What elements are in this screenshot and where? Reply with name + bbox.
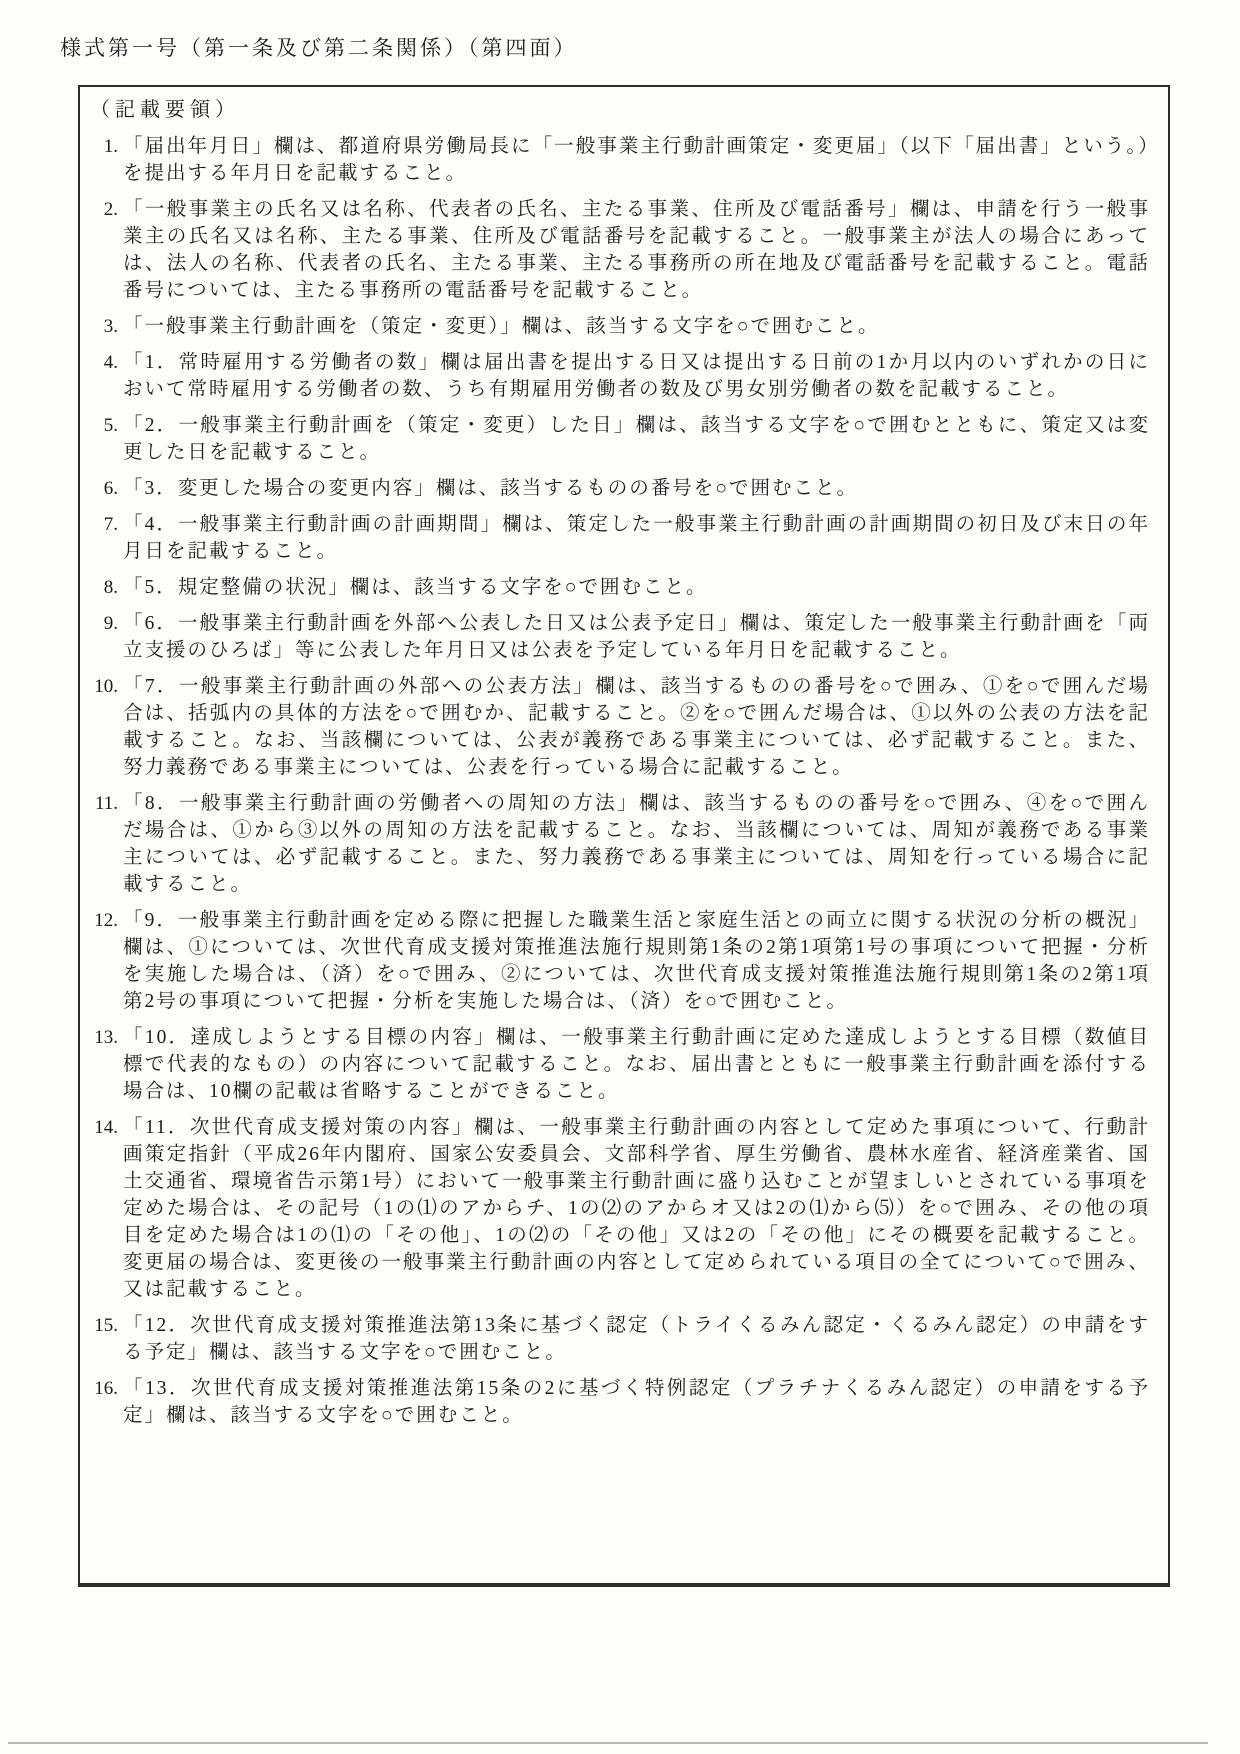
instruction-number: 16.: [88, 1375, 118, 1402]
instruction-item-2: 2. 「一般事業主の氏名又は名称、代表者の氏名、主たる事業、住所及び電話番号」欄…: [88, 196, 1150, 304]
instruction-number: 11.: [88, 790, 118, 817]
instruction-text: 「1．常時雇用する労働者の数」欄は届出書を提出する日又は提出する日前の1か月以内…: [123, 349, 1150, 403]
instruction-number: 10.: [88, 673, 118, 700]
instruction-text: 「7．一般事業主行動計画の外部への公表方法」欄は、該当するものの番号を○で囲み、…: [123, 673, 1150, 781]
instruction-text: 「一般事業主行動計画を（策定・変更）」欄は、該当する文字を○で囲むこと。: [123, 313, 1150, 340]
instruction-text: 「12．次世代育成支援対策推進法第13条に基づく認定（トライくるみん認定・くるみ…: [123, 1312, 1150, 1366]
instruction-item-5: 5. 「2．一般事業主行動計画を（策定・変更）した日」欄は、該当する文字を○で囲…: [88, 412, 1150, 466]
instruction-text: 「届出年月日」欄は、都道府県労働局長に「一般事業主行動計画策定・変更届」（以下「…: [123, 133, 1150, 187]
instruction-item-9: 9. 「6．一般事業主行動計画を外部へ公表した日又は公表予定日」欄は、策定した一…: [88, 610, 1150, 664]
document-page: 様式第一号（第一条及び第二条関係）（第四面） （記載要領） 1. 「届出年月日」…: [0, 0, 1240, 1754]
instruction-text: 「13．次世代育成支援対策推進法第15条の2に基づく特例認定（プラチナくるみん認…: [123, 1375, 1150, 1429]
instruction-number: 12.: [88, 907, 118, 934]
instruction-item-7: 7. 「4．一般事業主行動計画の計画期間」欄は、策定した一般事業主行動計画の計画…: [88, 511, 1150, 565]
instruction-text: 「6．一般事業主行動計画を外部へ公表した日又は公表予定日」欄は、策定した一般事業…: [123, 610, 1150, 664]
form-title: 様式第一号（第一条及び第二条関係）（第四面）: [60, 32, 578, 62]
instruction-item-6: 6. 「3．変更した場合の変更内容」欄は、該当するものの番号を○で囲むこと。: [88, 475, 1150, 502]
instruction-number: 2.: [88, 196, 118, 223]
instruction-text: 「10．達成しようとする目標の内容」欄は、一般事業主行動計画に定めた達成しようと…: [123, 1024, 1150, 1105]
instruction-text: 「8．一般事業主行動計画の労働者への周知の方法」欄は、該当するものの番号を○で囲…: [123, 790, 1150, 898]
instruction-number: 3.: [88, 313, 118, 340]
instruction-item-13: 13. 「10．達成しようとする目標の内容」欄は、一般事業主行動計画に定めた達成…: [88, 1024, 1150, 1105]
instruction-item-8: 8. 「5．規定整備の状況」欄は、該当する文字を○で囲むこと。: [88, 574, 1150, 601]
instruction-text: 「4．一般事業主行動計画の計画期間」欄は、策定した一般事業主行動計画の計画期間の…: [123, 511, 1150, 565]
instruction-item-15: 15. 「12．次世代育成支援対策推進法第13条に基づく認定（トライくるみん認定…: [88, 1312, 1150, 1366]
instruction-number: 7.: [88, 511, 118, 538]
instruction-number: 9.: [88, 610, 118, 637]
instruction-number: 4.: [88, 349, 118, 376]
page-bottom-rule: [8, 1742, 1208, 1744]
instruction-item-14: 14. 「11．次世代育成支援対策の内容」欄は、一般事業主行動計画の内容として定…: [88, 1114, 1150, 1303]
instruction-text: 「5．規定整備の状況」欄は、該当する文字を○で囲むこと。: [123, 574, 1150, 601]
instruction-item-10: 10. 「7．一般事業主行動計画の外部への公表方法」欄は、該当するものの番号を○…: [88, 673, 1150, 781]
instruction-item-12: 12. 「9．一般事業主行動計画を定める際に把握した職業生活と家庭生活との両立に…: [88, 907, 1150, 1015]
instruction-text: 「一般事業主の氏名又は名称、代表者の氏名、主たる事業、住所及び電話番号」欄は、申…: [123, 196, 1150, 304]
instruction-item-1: 1. 「届出年月日」欄は、都道府県労働局長に「一般事業主行動計画策定・変更届」（…: [88, 133, 1150, 187]
notes-heading: （記載要領）: [90, 97, 1150, 124]
instruction-item-4: 4. 「1．常時雇用する労働者の数」欄は届出書を提出する日又は提出する日前の1か…: [88, 349, 1150, 403]
instruction-number: 1.: [88, 133, 118, 160]
instruction-text: 「2．一般事業主行動計画を（策定・変更）した日」欄は、該当する文字を○で囲むとと…: [123, 412, 1150, 466]
instruction-text: 「9．一般事業主行動計画を定める際に把握した職業生活と家庭生活との両立に関する状…: [123, 907, 1150, 1015]
instruction-number: 13.: [88, 1024, 118, 1051]
instruction-item-16: 16. 「13．次世代育成支援対策推進法第15条の2に基づく特例認定（プラチナく…: [88, 1375, 1150, 1429]
notes-box: （記載要領） 1. 「届出年月日」欄は、都道府県労働局長に「一般事業主行動計画策…: [78, 85, 1170, 1587]
instruction-item-11: 11. 「8．一般事業主行動計画の労働者への周知の方法」欄は、該当するものの番号…: [88, 790, 1150, 898]
instruction-item-3: 3. 「一般事業主行動計画を（策定・変更）」欄は、該当する文字を○で囲むこと。: [88, 313, 1150, 340]
instruction-number: 15.: [88, 1312, 118, 1339]
instruction-number: 5.: [88, 412, 118, 439]
instruction-text: 「11．次世代育成支援対策の内容」欄は、一般事業主行動計画の内容として定めた事項…: [123, 1114, 1150, 1303]
instruction-number: 14.: [88, 1114, 118, 1141]
instruction-number: 8.: [88, 574, 118, 601]
instruction-number: 6.: [88, 475, 118, 502]
instruction-text: 「3．変更した場合の変更内容」欄は、該当するものの番号を○で囲むこと。: [123, 475, 1150, 502]
